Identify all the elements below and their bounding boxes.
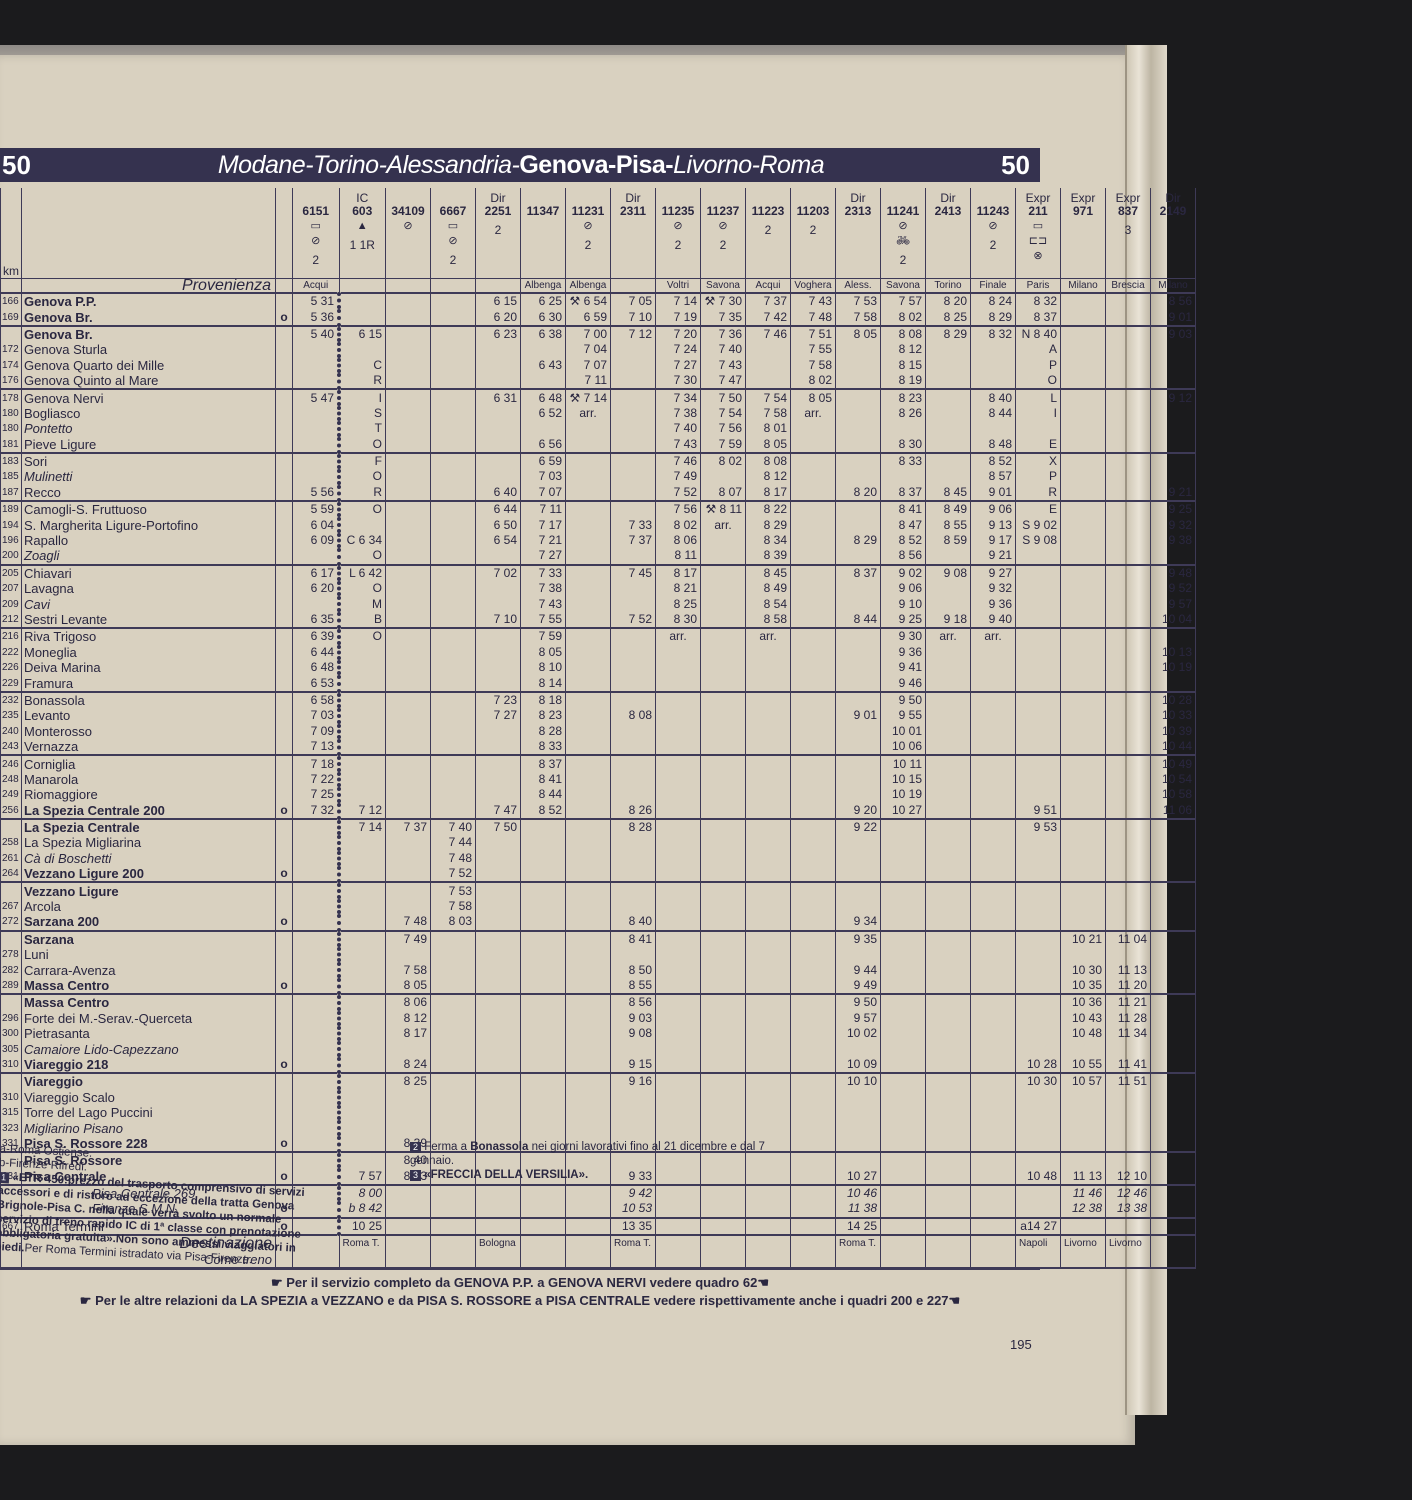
station-row: 180BogliascoS6 52arr.7 387 547 58arr.8 2… bbox=[1, 406, 1196, 421]
time-cell bbox=[476, 978, 521, 994]
time-cell bbox=[836, 373, 881, 389]
time-cell bbox=[431, 533, 476, 548]
time-cell: 8 07 bbox=[701, 485, 746, 501]
time-cell: 5 47 bbox=[293, 389, 340, 405]
time-cell bbox=[836, 692, 881, 708]
km-value: 226 bbox=[1, 660, 22, 675]
station-row: 258La Spezia Migliarina7 44 bbox=[1, 835, 1196, 850]
km-value: 183 bbox=[1, 453, 22, 469]
station-row: 205Chiavari6 17L 6 427 027 337 458 178 4… bbox=[1, 565, 1196, 581]
time-cell bbox=[1061, 660, 1106, 675]
time-cell bbox=[293, 406, 340, 421]
time-cell bbox=[836, 835, 881, 850]
km-value: 240 bbox=[1, 724, 22, 739]
time-cell bbox=[881, 1185, 926, 1201]
time-cell bbox=[1106, 1090, 1151, 1105]
station-row: 229Framura6 538 149 46 bbox=[1, 675, 1196, 691]
footnote-2: 2 Ferma a Bonassola nei giorni lavorativ… bbox=[410, 1140, 770, 1168]
time-cell bbox=[1151, 947, 1196, 962]
time-cell bbox=[1061, 1218, 1106, 1235]
train-destination bbox=[521, 1235, 566, 1251]
time-cell: 8 28 bbox=[521, 724, 566, 739]
time-cell bbox=[1016, 739, 1061, 755]
time-cell: 7 00 bbox=[566, 326, 611, 342]
time-cell: 9 48 bbox=[1151, 565, 1196, 581]
time-cell: 8 26 bbox=[611, 803, 656, 819]
time-cell bbox=[1061, 406, 1106, 421]
time-cell bbox=[339, 866, 386, 882]
time-cell: 12 38 bbox=[1061, 1201, 1106, 1217]
time-cell: 8 05 bbox=[791, 389, 836, 405]
time-cell bbox=[1106, 548, 1151, 564]
time-cell bbox=[656, 739, 701, 755]
train-class: 2 bbox=[293, 254, 339, 267]
time-cell bbox=[1061, 485, 1106, 501]
time-cell bbox=[881, 914, 926, 930]
time-cell bbox=[881, 1120, 926, 1135]
km-value: 187 bbox=[1, 485, 22, 501]
time-cell bbox=[656, 708, 701, 723]
connection-mark: o bbox=[276, 309, 293, 325]
time-cell bbox=[836, 882, 881, 898]
train-number: 211 bbox=[1016, 205, 1060, 218]
time-cell bbox=[611, 485, 656, 501]
time-cell bbox=[386, 882, 431, 898]
time-cell: 8 33 bbox=[881, 453, 926, 469]
time-cell bbox=[1106, 406, 1151, 421]
time-cell: 6 38 bbox=[521, 326, 566, 342]
time-cell: 8 05 bbox=[386, 978, 431, 994]
time-cell bbox=[521, 1218, 566, 1235]
time-cell bbox=[926, 866, 971, 882]
train-number: 971 bbox=[1061, 205, 1105, 218]
time-cell: 9 25 bbox=[1151, 501, 1196, 517]
connection-mark bbox=[276, 612, 293, 628]
time-cell bbox=[386, 612, 431, 628]
time-cell: 7 09 bbox=[293, 724, 340, 739]
time-cell bbox=[611, 437, 656, 453]
time-cell bbox=[836, 787, 881, 802]
time-cell bbox=[431, 739, 476, 755]
time-cell: 8 37 bbox=[1016, 309, 1061, 325]
time-cell: 7 40 bbox=[656, 421, 701, 436]
time-cell: 7 58 bbox=[791, 358, 836, 373]
time-cell bbox=[656, 1185, 701, 1201]
time-cell: 7 58 bbox=[746, 406, 791, 421]
connection-mark bbox=[276, 660, 293, 675]
connection-mark bbox=[276, 406, 293, 421]
train-origin: Albenga bbox=[566, 279, 611, 294]
train-column-header: Dir2311 bbox=[611, 188, 656, 279]
time-cell: 8 52 bbox=[971, 453, 1016, 469]
time-cell: 7 48 bbox=[791, 309, 836, 325]
km-value: 282 bbox=[1, 962, 22, 977]
time-cell bbox=[566, 675, 611, 691]
time-cell bbox=[881, 1152, 926, 1168]
time-cell bbox=[1151, 675, 1196, 691]
km-value: 205 bbox=[1, 565, 22, 581]
time-cell bbox=[293, 882, 340, 898]
time-cell bbox=[339, 772, 386, 787]
time-cell bbox=[386, 660, 431, 675]
time-cell: 9 16 bbox=[611, 1073, 656, 1089]
time-cell bbox=[881, 1168, 926, 1184]
time-cell bbox=[791, 469, 836, 484]
time-cell bbox=[791, 866, 836, 882]
train-class: 2 bbox=[971, 239, 1015, 252]
time-cell bbox=[476, 1090, 521, 1105]
time-cell bbox=[881, 1136, 926, 1152]
time-cell: S 9 08 bbox=[1016, 533, 1061, 548]
footnote-1: 1 «ETR 450:prezzo del trasporto comprens… bbox=[0, 1170, 328, 1271]
time-cell: 7 27 bbox=[476, 708, 521, 723]
time-cell: 8 12 bbox=[746, 469, 791, 484]
time-cell bbox=[971, 739, 1016, 755]
time-cell: 7 37 bbox=[746, 293, 791, 309]
time-cell bbox=[521, 978, 566, 994]
time-cell: 8 05 bbox=[746, 437, 791, 453]
time-cell bbox=[293, 373, 340, 389]
time-cell bbox=[746, 1011, 791, 1026]
time-cell bbox=[611, 787, 656, 802]
time-cell: 10 39 bbox=[1151, 724, 1196, 739]
km-value: 264 bbox=[1, 866, 22, 882]
time-cell: 6 31 bbox=[476, 389, 521, 405]
station-row: 200ZoagliO7 278 118 398 569 21 bbox=[1, 548, 1196, 564]
train-number: 11241 bbox=[881, 205, 925, 218]
time-cell bbox=[431, 596, 476, 611]
time-cell bbox=[293, 1073, 340, 1089]
time-cell bbox=[746, 1041, 791, 1056]
time-cell: 10 49 bbox=[1151, 755, 1196, 771]
station-name: Camogli-S. Fruttuoso bbox=[22, 501, 276, 517]
train-destination: Roma T. bbox=[611, 1235, 656, 1251]
time-cell bbox=[1151, 1090, 1196, 1105]
time-cell bbox=[293, 1057, 340, 1073]
time-cell bbox=[476, 947, 521, 962]
time-cell: 9 30 bbox=[881, 628, 926, 644]
time-cell bbox=[386, 1105, 431, 1120]
time-cell: 7 47 bbox=[701, 373, 746, 389]
connection-mark: o bbox=[276, 803, 293, 819]
time-cell bbox=[566, 517, 611, 532]
time-cell bbox=[926, 819, 971, 835]
time-cell bbox=[656, 819, 701, 835]
time-cell bbox=[431, 342, 476, 357]
time-cell bbox=[293, 978, 340, 994]
time-cell bbox=[971, 1120, 1016, 1135]
time-cell bbox=[431, 469, 476, 484]
time-cell bbox=[1061, 882, 1106, 898]
time-cell: 8 49 bbox=[926, 501, 971, 517]
time-cell: 6 04 bbox=[293, 517, 340, 532]
time-cell bbox=[339, 882, 386, 898]
time-cell: 7 54 bbox=[701, 406, 746, 421]
time-cell bbox=[1151, 1120, 1196, 1135]
time-cell bbox=[1061, 675, 1106, 691]
time-cell bbox=[521, 1011, 566, 1026]
time-cell: 9 50 bbox=[836, 994, 881, 1010]
train-number: 2311 bbox=[611, 205, 655, 218]
time-cell: 7 03 bbox=[521, 469, 566, 484]
time-cell: 8 21 bbox=[656, 581, 701, 596]
time-cell: ⚒ 6 54 bbox=[566, 293, 611, 309]
time-cell: 12 46 bbox=[1106, 1185, 1151, 1201]
time-cell: 13 38 bbox=[1106, 1201, 1151, 1217]
time-cell bbox=[1151, 962, 1196, 977]
time-cell bbox=[971, 645, 1016, 660]
time-cell bbox=[1016, 978, 1061, 994]
time-cell bbox=[386, 517, 431, 532]
time-cell bbox=[1016, 755, 1061, 771]
time-cell bbox=[386, 851, 431, 866]
time-cell bbox=[1061, 453, 1106, 469]
train-destination: Livorno bbox=[1106, 1235, 1151, 1251]
time-cell: 9 53 bbox=[1016, 819, 1061, 835]
connection-mark bbox=[276, 739, 293, 755]
station-row: 323Migliarino Pisano bbox=[1, 1120, 1196, 1135]
time-cell: 7 52 bbox=[611, 612, 656, 628]
time-cell bbox=[386, 899, 431, 914]
time-cell bbox=[881, 947, 926, 962]
connection-mark bbox=[276, 1073, 293, 1089]
time-cell bbox=[881, 1090, 926, 1105]
connection-mark bbox=[276, 645, 293, 660]
time-cell: arr. bbox=[566, 406, 611, 421]
time-cell bbox=[1016, 914, 1061, 930]
time-cell bbox=[746, 994, 791, 1010]
time-cell bbox=[656, 1026, 701, 1041]
time-cell: 9 08 bbox=[926, 565, 971, 581]
time-cell bbox=[431, 581, 476, 596]
connection-mark bbox=[276, 708, 293, 723]
time-cell bbox=[926, 692, 971, 708]
time-cell bbox=[791, 660, 836, 675]
station-name: Pietrasanta bbox=[22, 1026, 276, 1041]
station-name: Sori bbox=[22, 453, 276, 469]
time-cell bbox=[1061, 692, 1106, 708]
connection-mark bbox=[276, 1090, 293, 1105]
time-cell bbox=[926, 548, 971, 564]
time-cell bbox=[791, 645, 836, 660]
time-cell bbox=[566, 596, 611, 611]
time-cell bbox=[701, 947, 746, 962]
time-cell: 7 07 bbox=[566, 358, 611, 373]
time-cell bbox=[791, 803, 836, 819]
time-cell: O bbox=[1016, 373, 1061, 389]
time-cell bbox=[836, 1105, 881, 1120]
time-cell bbox=[1106, 882, 1151, 898]
connection-mark bbox=[276, 819, 293, 835]
time-cell bbox=[566, 947, 611, 962]
time-cell: a14 27 bbox=[1016, 1218, 1061, 1235]
time-cell bbox=[1016, 1185, 1061, 1201]
station-row: 187Recco5 56R6 407 077 528 078 178 208 3… bbox=[1, 485, 1196, 501]
time-cell: 7 18 bbox=[293, 755, 340, 771]
time-cell bbox=[293, 931, 340, 947]
time-cell bbox=[476, 1120, 521, 1135]
time-cell: 6 15 bbox=[339, 326, 386, 342]
time-cell bbox=[476, 469, 521, 484]
time-cell bbox=[881, 1218, 926, 1235]
time-cell bbox=[746, 1120, 791, 1135]
train-class: 2 bbox=[746, 224, 790, 237]
time-cell bbox=[431, 1041, 476, 1056]
restaurant-icon: ⊗ bbox=[1016, 250, 1060, 263]
station-name: Lavagna bbox=[22, 581, 276, 596]
time-cell bbox=[656, 1041, 701, 1056]
time-cell: 8 17 bbox=[656, 565, 701, 581]
connection-mark bbox=[276, 628, 293, 644]
station-name: La Spezia Centrale 200 bbox=[22, 803, 276, 819]
station-name: Genova Quarto dei Mille bbox=[22, 358, 276, 373]
km-value: 172 bbox=[1, 342, 22, 357]
time-cell bbox=[1016, 675, 1061, 691]
time-cell bbox=[1061, 565, 1106, 581]
time-cell bbox=[476, 1201, 521, 1217]
time-cell bbox=[1061, 581, 1106, 596]
time-cell bbox=[1151, 1136, 1196, 1152]
time-cell bbox=[386, 581, 431, 596]
connection-mark bbox=[276, 421, 293, 436]
time-cell bbox=[1016, 645, 1061, 660]
time-cell bbox=[431, 421, 476, 436]
connection-mark bbox=[276, 899, 293, 914]
train-origin: Savona bbox=[881, 279, 926, 294]
train-number: 2251 bbox=[476, 205, 520, 218]
couchette-icon: ▭ bbox=[1016, 220, 1060, 233]
time-cell bbox=[566, 835, 611, 850]
time-cell: 5 56 bbox=[293, 485, 340, 501]
time-cell bbox=[386, 309, 431, 325]
time-cell: 6 39 bbox=[293, 628, 340, 644]
time-cell bbox=[1061, 819, 1106, 835]
time-cell bbox=[746, 1073, 791, 1089]
time-cell bbox=[1106, 739, 1151, 755]
time-cell bbox=[971, 803, 1016, 819]
time-cell bbox=[386, 675, 431, 691]
time-cell: 9 25 bbox=[881, 612, 926, 628]
time-cell: 5 40 bbox=[293, 326, 340, 342]
time-cell bbox=[1151, 1152, 1196, 1168]
time-cell: 8 34 bbox=[746, 533, 791, 548]
time-cell bbox=[521, 882, 566, 898]
time-cell bbox=[701, 533, 746, 548]
time-cell bbox=[791, 421, 836, 436]
time-cell bbox=[611, 389, 656, 405]
time-cell bbox=[1061, 421, 1106, 436]
time-cell bbox=[476, 406, 521, 421]
time-cell bbox=[791, 787, 836, 802]
time-cell bbox=[791, 1168, 836, 1184]
time-cell bbox=[656, 755, 701, 771]
connection-mark bbox=[276, 533, 293, 548]
station-name: Viareggio Scalo bbox=[22, 1090, 276, 1105]
station-name: Forte dei M.-Serav.-Querceta bbox=[22, 1011, 276, 1026]
time-cell bbox=[1016, 835, 1061, 850]
time-cell bbox=[1151, 931, 1196, 947]
time-cell: 5 31 bbox=[293, 293, 340, 309]
time-cell bbox=[476, 899, 521, 914]
time-cell: R bbox=[1016, 485, 1061, 501]
time-cell bbox=[339, 755, 386, 771]
time-cell bbox=[566, 485, 611, 501]
time-cell bbox=[836, 517, 881, 532]
time-cell bbox=[1151, 1057, 1196, 1073]
station-row: 174Genova Quarto dei MilleC6 437 077 277… bbox=[1, 358, 1196, 373]
time-cell bbox=[926, 1185, 971, 1201]
time-cell: 7 14 bbox=[339, 819, 386, 835]
time-cell bbox=[1106, 437, 1151, 453]
station-name: La Spezia Centrale bbox=[22, 819, 276, 835]
time-cell: E bbox=[1016, 437, 1061, 453]
time-cell bbox=[971, 1105, 1016, 1120]
time-cell bbox=[476, 931, 521, 947]
time-cell: 8 26 bbox=[881, 406, 926, 421]
time-cell: 10 55 bbox=[1061, 1057, 1106, 1073]
time-cell bbox=[1016, 1090, 1061, 1105]
time-cell bbox=[1016, 787, 1061, 802]
time-cell bbox=[1106, 803, 1151, 819]
km-value: 256 bbox=[1, 803, 22, 819]
time-cell bbox=[791, 1073, 836, 1089]
time-cell bbox=[1016, 612, 1061, 628]
time-cell bbox=[1151, 1041, 1196, 1056]
time-cell bbox=[386, 342, 431, 357]
time-cell: 8 14 bbox=[521, 675, 566, 691]
time-cell: 10 19 bbox=[881, 787, 926, 802]
time-cell bbox=[566, 978, 611, 994]
time-cell bbox=[656, 675, 701, 691]
time-cell bbox=[386, 406, 431, 421]
station-name: Riomaggiore bbox=[22, 787, 276, 802]
station-row: 264Vezzano Ligure 200o7 52 bbox=[1, 866, 1196, 882]
time-cell: 9 44 bbox=[836, 962, 881, 977]
km-value: 278 bbox=[1, 947, 22, 962]
time-cell bbox=[1106, 1136, 1151, 1152]
time-cell: 10 44 bbox=[1151, 739, 1196, 755]
time-cell bbox=[293, 899, 340, 914]
time-cell bbox=[971, 787, 1016, 802]
connection-mark: o bbox=[276, 1057, 293, 1073]
sleeper-car-icon: ▭ bbox=[431, 220, 475, 233]
time-cell bbox=[656, 882, 701, 898]
time-cell bbox=[521, 421, 566, 436]
time-cell: 8 02 bbox=[791, 373, 836, 389]
time-cell bbox=[1106, 501, 1151, 517]
time-cell bbox=[1151, 1026, 1196, 1041]
time-cell bbox=[521, 1201, 566, 1217]
time-cell bbox=[1106, 517, 1151, 532]
time-cell: arr. bbox=[971, 628, 1016, 644]
connection-mark bbox=[276, 931, 293, 947]
time-cell bbox=[339, 931, 386, 947]
time-cell: 9 08 bbox=[611, 1026, 656, 1041]
time-cell bbox=[1061, 1041, 1106, 1056]
time-cell bbox=[566, 1185, 611, 1201]
time-cell bbox=[1061, 739, 1106, 755]
time-cell bbox=[611, 772, 656, 787]
time-cell: 8 41 bbox=[521, 772, 566, 787]
sleeper-car-icon: ▭ bbox=[293, 220, 339, 233]
time-cell: 7 07 bbox=[521, 485, 566, 501]
time-cell bbox=[746, 1218, 791, 1235]
time-cell: I bbox=[1016, 406, 1061, 421]
km-value bbox=[1, 882, 22, 898]
time-cell bbox=[611, 645, 656, 660]
time-cell bbox=[476, 755, 521, 771]
time-cell bbox=[476, 437, 521, 453]
